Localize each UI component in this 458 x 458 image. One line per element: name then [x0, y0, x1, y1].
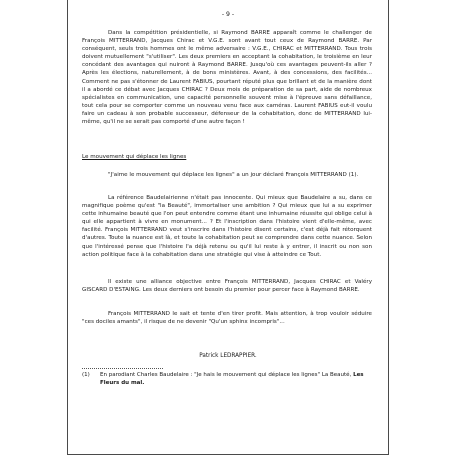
paragraph-quote: "J'aime le mouvement qui déplace les lig…	[82, 171, 372, 179]
paragraph-intro: Dans la compétition présidentielle, si R…	[82, 29, 372, 126]
footnote-body: En parodiant Charles Baudelaire : "Je ha…	[100, 372, 353, 378]
footnote-text: En parodiant Charles Baudelaire : "Je ha…	[100, 372, 372, 388]
footnote: (1) En parodiant Charles Baudelaire : "J…	[82, 372, 372, 388]
author-signature: Patrick LEDRAPPIER.	[68, 353, 388, 359]
page-number: - 9 -	[68, 11, 388, 18]
paragraph-baudelaire: La référence Baudelairienne n'était pas …	[82, 194, 372, 259]
paragraph-alliance: Il existe une alliance objective entre F…	[82, 278, 372, 294]
section-heading: Le mouvement qui déplace les lignes	[82, 154, 186, 160]
document-page: - 9 - Dans la compétition présidentielle…	[67, 0, 389, 455]
paragraph-mitterrand: François MITTERRAND le sait et tente d'e…	[82, 310, 372, 326]
footnote-divider	[82, 368, 163, 369]
footnote-number: (1)	[82, 372, 90, 380]
